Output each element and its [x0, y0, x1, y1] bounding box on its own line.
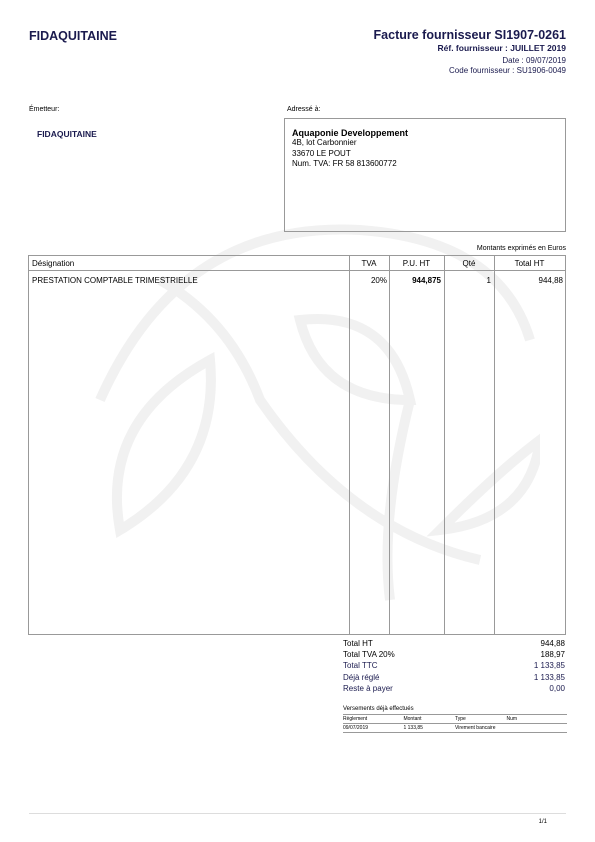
column-divider: [349, 256, 350, 634]
already-paid-label: Déjà réglé: [343, 672, 379, 683]
recipient-vat-number: Num. TVA: FR 58 813600772: [292, 159, 565, 170]
already-paid-value: 1 133,85: [534, 672, 565, 683]
total-tva-row: Total TVA 20% 188,97: [343, 649, 565, 660]
already-paid-row: Déjà réglé 1 133,85: [343, 672, 565, 683]
payment-num: [507, 724, 568, 733]
total-tva-value: 188,97: [541, 649, 565, 660]
total-ttc-label: Total TTC: [343, 660, 378, 671]
invoice-title: Facture fournisseur SI1907-0261: [374, 28, 566, 42]
recipient-name: Aquaponie Developpement: [292, 128, 565, 138]
footer-divider: [29, 813, 566, 814]
remaining-value: 0,00: [549, 683, 565, 694]
row-unit-price: 944,875: [389, 276, 441, 285]
row-quantity: 1: [444, 276, 491, 285]
header-unit-price: P.U. HT: [389, 259, 444, 268]
payments-header-num: Num: [507, 715, 568, 724]
recipient-address-line: 4B, lot Carbonnier: [292, 138, 565, 149]
total-ht-label: Total HT: [343, 638, 373, 649]
payments-title: Versements déjà effectués: [343, 706, 567, 712]
column-divider: [444, 256, 445, 634]
payments-header-row: Règlement Montant Type Num: [343, 715, 567, 724]
payment-row: 09/07/2019 1 133,85 Virement bancaire: [343, 724, 567, 733]
payments-header-amount: Montant: [403, 715, 455, 724]
header-total-ht: Total HT: [494, 259, 565, 268]
payments-table: Règlement Montant Type Num 09/07/2019 1 …: [343, 714, 567, 733]
total-tva-label: Total TVA 20%: [343, 649, 395, 660]
document-header: Facture fournisseur SI1907-0261 Réf. fou…: [374, 28, 566, 75]
column-divider: [389, 256, 390, 634]
supplier-reference: Réf. fournisseur : JUILLET 2019: [374, 43, 566, 53]
row-designation: PRESTATION COMPTABLE TRIMESTRIELLE: [32, 276, 198, 285]
totals-block: Total HT 944,88 Total TVA 20% 188,97 Tot…: [343, 638, 565, 694]
payment-type: Virement bancaire: [455, 724, 507, 733]
total-ttc-row: Total TTC 1 133,85: [343, 660, 565, 671]
header-divider: [29, 270, 565, 271]
recipient-address-box: Aquaponie Developpement 4B, lot Carbonni…: [284, 118, 566, 232]
total-ttc-value: 1 133,85: [534, 660, 565, 671]
invoice-date: Date : 09/07/2019: [374, 56, 566, 65]
payment-date: 09/07/2019: [343, 724, 403, 733]
emitter-label: Émetteur:: [29, 106, 59, 113]
emitter-name: FIDAQUITAINE: [37, 129, 97, 139]
currency-note: Montants exprimés en Euros: [477, 245, 566, 252]
total-ht-row: Total HT 944,88: [343, 638, 565, 649]
payments-header-date: Règlement: [343, 715, 403, 724]
invoice-lines-table: Désignation TVA P.U. HT Qté Total HT PRE…: [28, 255, 566, 635]
total-ht-value: 944,88: [541, 638, 565, 649]
supplier-code: Code fournisseur : SU1906-0049: [374, 66, 566, 75]
recipient-label: Adressé à:: [287, 106, 320, 113]
recipient-city: 33670 LE POUT: [292, 149, 565, 160]
company-name-header: FIDAQUITAINE: [29, 29, 117, 43]
page-number: 1/1: [539, 819, 547, 825]
remaining-row: Reste à payer 0,00: [343, 683, 565, 694]
remaining-label: Reste à payer: [343, 683, 393, 694]
header-tva: TVA: [349, 259, 389, 268]
payment-amount: 1 133,85: [403, 724, 455, 733]
header-designation: Désignation: [32, 259, 74, 268]
header-quantity: Qté: [444, 259, 494, 268]
row-tva: 20%: [349, 276, 387, 285]
payments-header-type: Type: [455, 715, 507, 724]
row-total-ht: 944,88: [494, 276, 563, 285]
payments-block: Versements déjà effectués Règlement Mont…: [343, 706, 567, 733]
column-divider: [494, 256, 495, 634]
